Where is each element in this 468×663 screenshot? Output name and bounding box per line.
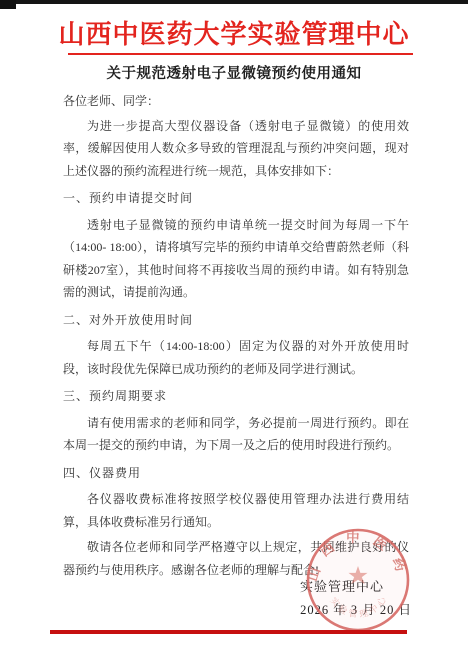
notice-title: 关于规范透射电子显微镜预约使用通知: [0, 65, 468, 83]
notice-date: 2026 年 3 月 20 日: [300, 600, 412, 618]
header-divider: [68, 53, 413, 55]
section-4-body: 各仪器收费标准将按照学校仪器使用管理办法进行费用结算，具体收费标准另行通知。: [63, 488, 409, 533]
section-2-body: 每周五下午（14:00-18:00）固定为仪器的对外开放使用时段，该时段优先保障…: [63, 335, 409, 380]
section-3-heading: 三、预约周期要求: [63, 385, 409, 408]
section-4-heading: 四、仪器费用: [63, 462, 409, 485]
section-3-body: 请有使用需求的老师和同学，务必提前一周进行预约。即在本周一提交的预约申请，为下周…: [63, 412, 409, 457]
footer-divider: [50, 630, 407, 634]
salutation: 各位老师、同学：: [63, 90, 409, 113]
section-1-body: 透射电子显微镜的预约申请单统一提交时间为每周一下午（14:00- 18:00），…: [63, 214, 409, 304]
closing-paragraph: 敬请各位老师和同学严格遵守以上规定，共同维护良好的仪器预约与使用秩序。感谢各位老…: [63, 536, 409, 581]
section-1-heading: 一、预约申请提交时间: [63, 187, 409, 210]
intro-paragraph: 为进一步提高大型仪器设备（透射电子显微镜）的使用效率，缓解因使用人数众多导致的管…: [63, 115, 409, 183]
scan-artifact-corner: [0, 0, 16, 9]
notice-body: 各位老师、同学： 为进一步提高大型仪器设备（透射电子显微镜）的使用效率，缓解因使…: [63, 90, 409, 581]
scan-artifact-top-bar: [0, 0, 468, 4]
organization-title: 山西中医药大学实验管理中心: [10, 20, 458, 50]
notice-document: 山西中医药大学实验管理中心 关于规范透射电子显微镜预约使用通知 各位老师、同学：…: [0, 0, 468, 663]
section-2-heading: 二、对外开放使用时间: [63, 309, 409, 332]
signature-org: 实验管理中心: [300, 576, 384, 595]
